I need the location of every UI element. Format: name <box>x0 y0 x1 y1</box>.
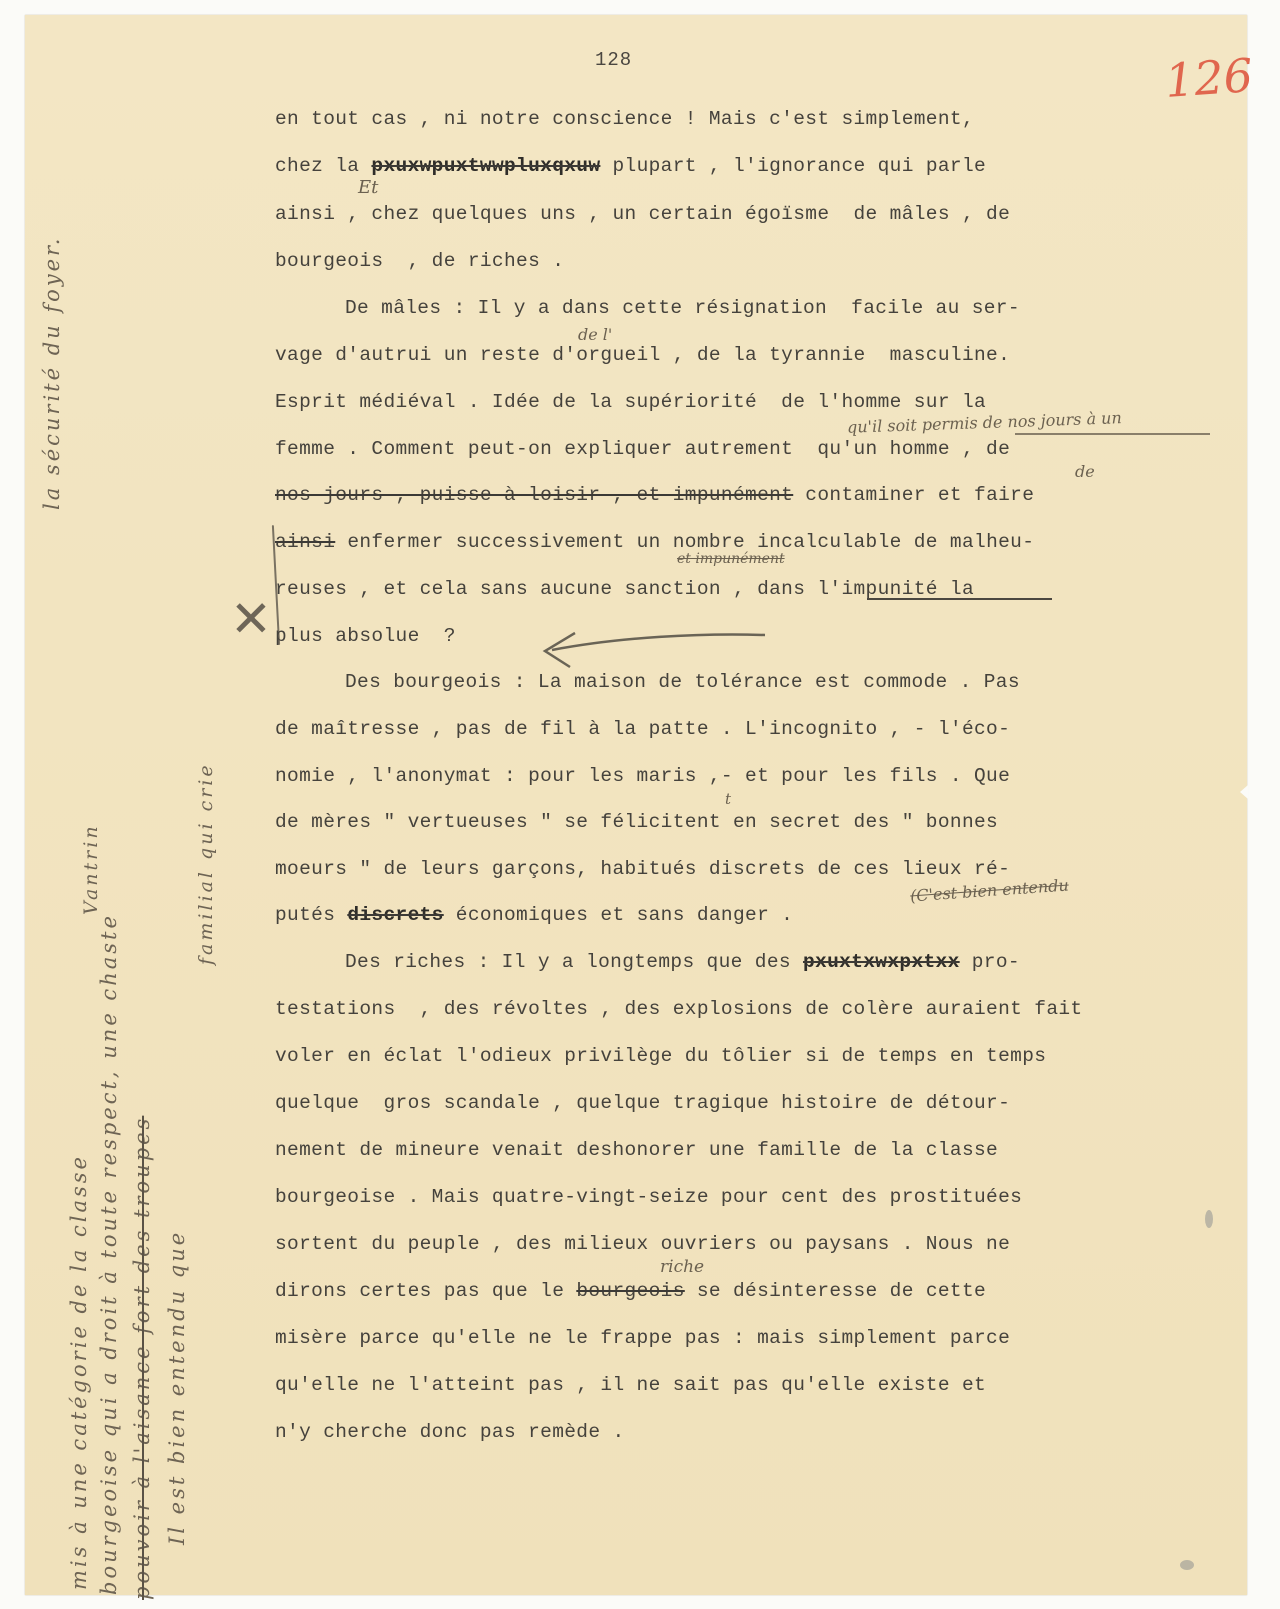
manuscript-page: 128 126 Il est bien entendu que pouvoir … <box>25 15 1247 1595</box>
insertion-riche: riche <box>660 1257 704 1277</box>
paragraph-heading-bourgeois: Des bourgeois : La maison de tolérance e… <box>345 671 1020 693</box>
text-line: de mères " vertueuses " se félicitent en… <box>275 811 998 833</box>
margin-note-6: familial qui crie <box>195 705 217 965</box>
text-line: nomie , l'anonymat : pour les maris ,- e… <box>275 765 1010 787</box>
insertion-te: t <box>725 790 731 808</box>
typed-page-number: 128 <box>595 49 632 71</box>
paragraph-heading-riches: Des riches : Il y a longtemps que des px… <box>345 951 1020 973</box>
text-line: dirons certes pas que le bourgeois se dé… <box>275 1280 986 1302</box>
paper-stain <box>1180 1560 1194 1570</box>
underline-insertion <box>1015 433 1210 435</box>
text-line: de maîtresse , pas de fil à la patte . L… <box>275 718 1010 740</box>
text-line: moeurs " de leurs garçons, habitués disc… <box>275 858 1010 880</box>
insertion-de: de <box>1075 462 1095 481</box>
margin-note-5: la sécurité du foyer. <box>40 110 64 510</box>
text-line: n'y cherche donc pas remède . <box>275 1421 625 1443</box>
text-line: sortent du peuple , des milieux ouvriers… <box>275 1233 1010 1255</box>
arrow-left-icon <box>530 625 770 670</box>
text-line: qu'elle ne l'atteint pas , il ne sait pa… <box>275 1374 986 1396</box>
text-line: Esprit médiéval . Idée de la supériorité… <box>275 391 986 413</box>
text-line: en tout cas , ni notre conscience ! Mais… <box>275 108 974 130</box>
text-line: voler en éclat l'odieux privilège du tôl… <box>275 1045 1046 1067</box>
text-line: misère parce qu'elle ne le frappe pas : … <box>275 1327 1010 1349</box>
handwritten-archive-number: 126 <box>1163 48 1254 108</box>
paragraph-heading-males: De mâles : Il y a dans cette résignation… <box>345 297 1020 319</box>
text-line: femme . Comment peut-on expliquer autrem… <box>275 438 1010 460</box>
margin-note-2: pouvoir à l'aisance fort des troupes <box>130 100 154 1600</box>
text-line: bourgeoise . Mais quatre-vingt-seize pou… <box>275 1186 1022 1208</box>
text-line: vage d'autrui un reste d'orgueil , de la… <box>275 344 1010 366</box>
text-line: ainsi enfermer successivement un nombre … <box>275 531 1034 553</box>
text-line: nement de mineure venait deshonorer une … <box>275 1139 998 1161</box>
cross-mark-icon: ✕ <box>230 590 272 648</box>
text-line: ainsi , chez quelques uns , un certain é… <box>275 203 1010 225</box>
text-line: testations , des révoltes , des explosio… <box>275 998 1082 1020</box>
paper-stain <box>1205 1210 1213 1228</box>
insertion-de-l: de l' <box>578 325 612 344</box>
margin-note-7: Vantrin <box>80 735 102 915</box>
underline-impunite <box>867 598 1052 600</box>
text-line: nos jours , puisse à loisir , et impuném… <box>275 484 1034 506</box>
text-line: chez la pxuxwpuxtwwpluxqxuw plupart , l'… <box>275 155 986 177</box>
text-line: plus absolue ? <box>275 625 456 647</box>
text-line: bourgeois , de riches . <box>275 250 564 272</box>
text-line: reuses , et cela sans aucune sanction , … <box>275 578 974 600</box>
insertion-et-impunement-struck: et impunément <box>677 551 785 567</box>
text-line: quelque gros scandale , quelque tragique… <box>275 1092 1010 1114</box>
insertion-et: Et <box>358 177 378 198</box>
text-line: putés discrets économiques et sans dange… <box>275 904 793 926</box>
margin-note-1: Il est bien entendu que <box>165 145 189 1545</box>
